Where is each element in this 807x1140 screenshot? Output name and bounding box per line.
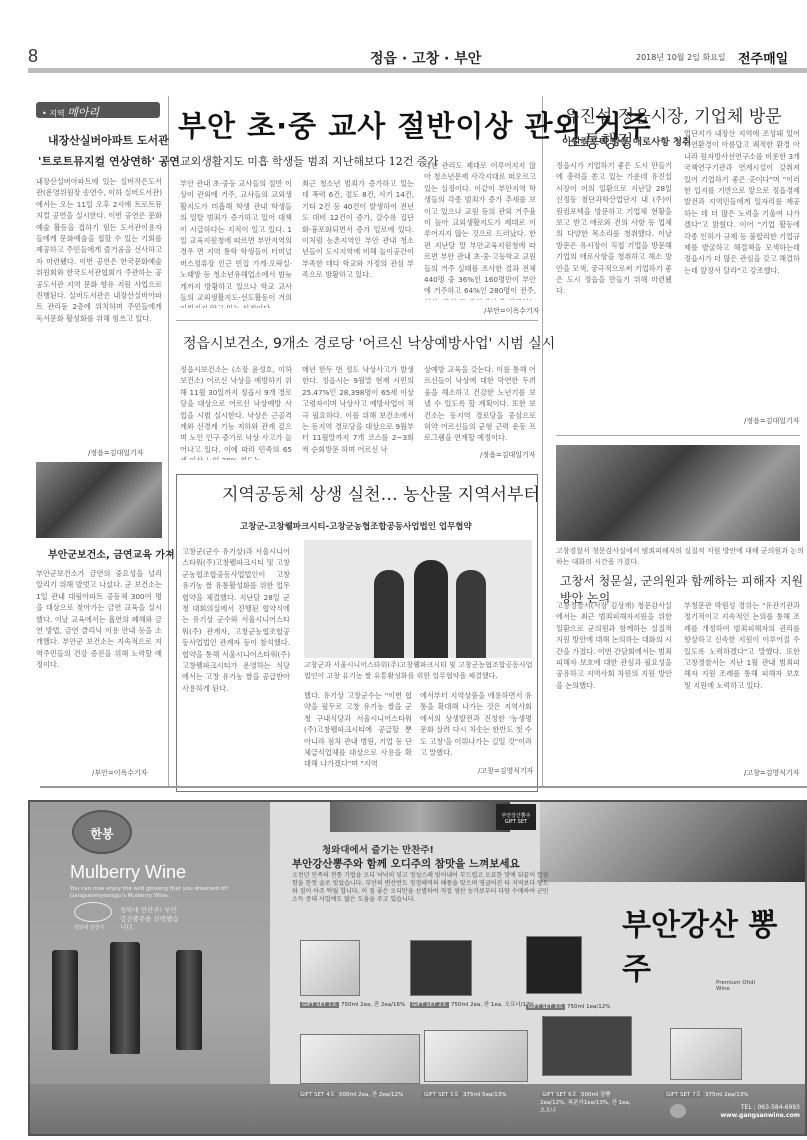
article-byline: /부안=이옥수기자 [92, 768, 148, 778]
page-number: 8 [28, 46, 38, 67]
wine-bottle [52, 950, 78, 1050]
article-byline: /부안=이옥수기자 [484, 306, 540, 316]
person-figure [456, 570, 486, 658]
bluehouse-text: 청와대 만찬주! 부안강산뽕주를 선택했습니다. [120, 906, 180, 932]
article-body: 정읍시가 기업하기 좋은 도시 만들기에 총력을 쏟고 있는 가운데 유진섭 시… [556, 160, 672, 418]
mulberry-mascot-image [540, 802, 807, 882]
article-body: 에서부터 지역상품을 애용하면서 유통을 확대해 나가는 것은 지역사회에서의 … [420, 690, 532, 760]
article-body: 최근 청소년 범죄가 증가하고 있는데 폭력 6건, 절도 8건, 사기 14건… [302, 178, 414, 308]
gift-set-7-image [670, 1028, 742, 1080]
article-byline: /정읍=김대일기자 [744, 416, 800, 426]
article-body: 내장산실버아파트에 있는 실버작은도서관(운영위원장 송연수, 이하 실버도서관… [36, 176, 162, 398]
main-subheadline: 교외생활지도 미흡 학생들 범죄 지난해보다 12건 증가 [180, 153, 438, 169]
article-body: 부안 관내 초·중등 교사들의 절반 이상이 관외에 거주, 교사들의 교외생활… [180, 178, 292, 308]
column-divider [542, 96, 543, 786]
gift-set-5-image [424, 1030, 528, 1082]
article-subheadline: 이원컴포텍 방문 애로사항 청취 [562, 134, 691, 148]
article-body: 부청문관 박원성 경위는 "유관기관과 정기적이고 지속적인 논의를 통해 조례… [684, 600, 800, 766]
section-divider [176, 320, 538, 321]
article-byline: /고창=김영식기자 [478, 766, 534, 776]
brand-subtitle: Premium Ohdi Wine [716, 980, 756, 992]
gift-set-item: GIFT SET 4호500ml 2ea, 잔 2ea/12% [298, 1090, 403, 1098]
ad-headline: 부안강산뽕주와 함께 오디주의 참맛을 느껴보세요 [292, 856, 520, 871]
gift-set-item: GIFT SET 7호375ml 2ea/13% [664, 1090, 748, 1098]
article-headline: 정읍시보건소, 9개소 경로당 '어르신 낙상예방사업' 시범 실시 [183, 333, 555, 353]
article-headline: 지역공동체 상생 실천… 농산물 지역서부터 [222, 480, 540, 505]
library-performance-photo [36, 462, 162, 538]
gift-set-4-image [300, 1034, 420, 1084]
article-body: 상예방 교육을 갖는다. 이를 통해 어르신들이 낙상에 대한 막연한 두려움을… [424, 364, 536, 448]
ad-divider [40, 786, 807, 788]
wine-bottle [176, 950, 202, 1050]
person-figure [374, 570, 404, 658]
brand-logo-badge: 한봉 [72, 810, 132, 854]
region-column-badge: • 지역 메아리 [36, 102, 160, 118]
article-headline: 부안군보건소, 금연교육 가져 [48, 546, 175, 561]
column-divider [168, 96, 169, 786]
bluehouse-emblem-icon [74, 902, 112, 922]
article-body: 부안군보건소가 금연의 중요성을 널리 알리기 위해 발벗고 나섰다. 군 보건… [36, 568, 162, 764]
ad-title: Mulberry Wine [70, 862, 186, 883]
ad-headline: 청와대에서 즐기는 만찬주! [322, 842, 434, 856]
article-headline: '트로트뮤지컬 연상연하' 공연 [38, 153, 180, 169]
article-body: 정읍시보건소는 (소장 윤성호, 이하 보건소) 어르신 낙상을 예방하기 위해… [180, 364, 292, 460]
gift-set-item: GIFT SET 5호375ml 5ea/13% [422, 1090, 506, 1098]
gift-set-2-image [410, 940, 472, 996]
article-body: 매년 한두 번 정도 낙상사고가 발생한다. 정읍시는 9월말 현재 시민의 2… [302, 364, 414, 460]
police-meeting-photo [556, 445, 800, 541]
gift-set-3-image [526, 936, 582, 994]
photo-caption: 고창군과 서울시니어스타워(주)고창웰파크시티 및 고창군농협조합공동사업법인이… [304, 660, 534, 682]
brand-calligraphy-logo: 부안강산 뽕주 [622, 900, 805, 988]
company-logo-icon [670, 1104, 686, 1118]
bluehouse-label: 청와대 만찬주 [74, 924, 105, 931]
ad-tagline: You can now enjoy the wild ginseng that … [70, 886, 240, 900]
article-byline: /고창=김영식기자 [744, 768, 800, 778]
mulberry-wine-advertisement: 한봉 Mulberry Wine You can now enjoy the w… [28, 800, 807, 1136]
article-body: 대한 관리도 제대로 이루어지지 않아 청소년문제 사각지대로 떠오르고 있는 … [424, 160, 536, 300]
issue-date: 2018년 10월 2일 화요일 [636, 52, 726, 63]
gift-set-item: GIFT SET 6호500ml 장쁑2ea/12%, 복분자1ea/13%, … [540, 1090, 632, 1114]
section-divider [556, 435, 800, 436]
article-body: 고창경찰서(서장 김상재) 청문감사실에서는 최근 범죄피해자지원을 위한 일환… [556, 600, 672, 780]
badge-bullet-icon: • [42, 109, 47, 118]
gift-set-item: GIFT SET 2호750ml 2ea, 잔 1ea, 오프너/12% [410, 1000, 535, 1008]
gift-set-badge: 부안강산뽕주 GIFT SET [496, 804, 536, 830]
article-body: 했다. 유기상 고창군수는 "이번 협약을 필두로 고창 유기농 쌀을 군청 구… [304, 690, 412, 780]
person-figure [414, 560, 448, 658]
article-body: 고창군(군수 유기상)과 서울시니어스타워(주)고창웰파크시티 및 고창군농협조… [182, 546, 290, 778]
gift-set-item: GIFT SET 3호750ml 1ea/12% [526, 1002, 610, 1010]
newspaper-name: 전주매일 [738, 48, 788, 67]
article-body: 업단지가 내장산 지역에 조성돼 있어 자연환경이 아름답고 쾌적한 환경 아니… [684, 128, 800, 408]
article-subheadline: 고창군-고창웰파크시티-고창군농협조합공동사업법인 업무협약 [240, 520, 472, 532]
ad-description: 오천년 민족의 전통 기법을 오디 넉넉히 넣고 정성스레 빚어내어 부드럽고 … [292, 872, 552, 904]
article-byline: /정읍=김대일기자 [88, 448, 144, 458]
gift-set-item: GIFT SET 1호750ml 2ea, 잔 2ea/16% [300, 1000, 405, 1008]
header-rule [28, 68, 807, 73]
section-title: 정읍 · 고창 · 부안 [370, 48, 481, 68]
ad-phone: TEL : 063-584-6993 [690, 1104, 800, 1111]
article-headline: 내장산실버아파트 도서관 [48, 132, 169, 148]
gift-set-6-image [542, 1016, 632, 1076]
gift-set-1-image [300, 940, 360, 996]
photo-caption: 고창경찰서 청문감사실에서 범죄피해자의 실질적 지원 방안에 대해 군의원과 … [556, 546, 804, 568]
agreement-signing-photo [304, 540, 532, 658]
wine-bottle [110, 942, 140, 1054]
ad-website[interactable]: www.gangsanwine.com [690, 1112, 800, 1119]
mulberry-fruit-image [330, 802, 510, 832]
article-byline: /정읍=김대일기자 [480, 450, 536, 460]
